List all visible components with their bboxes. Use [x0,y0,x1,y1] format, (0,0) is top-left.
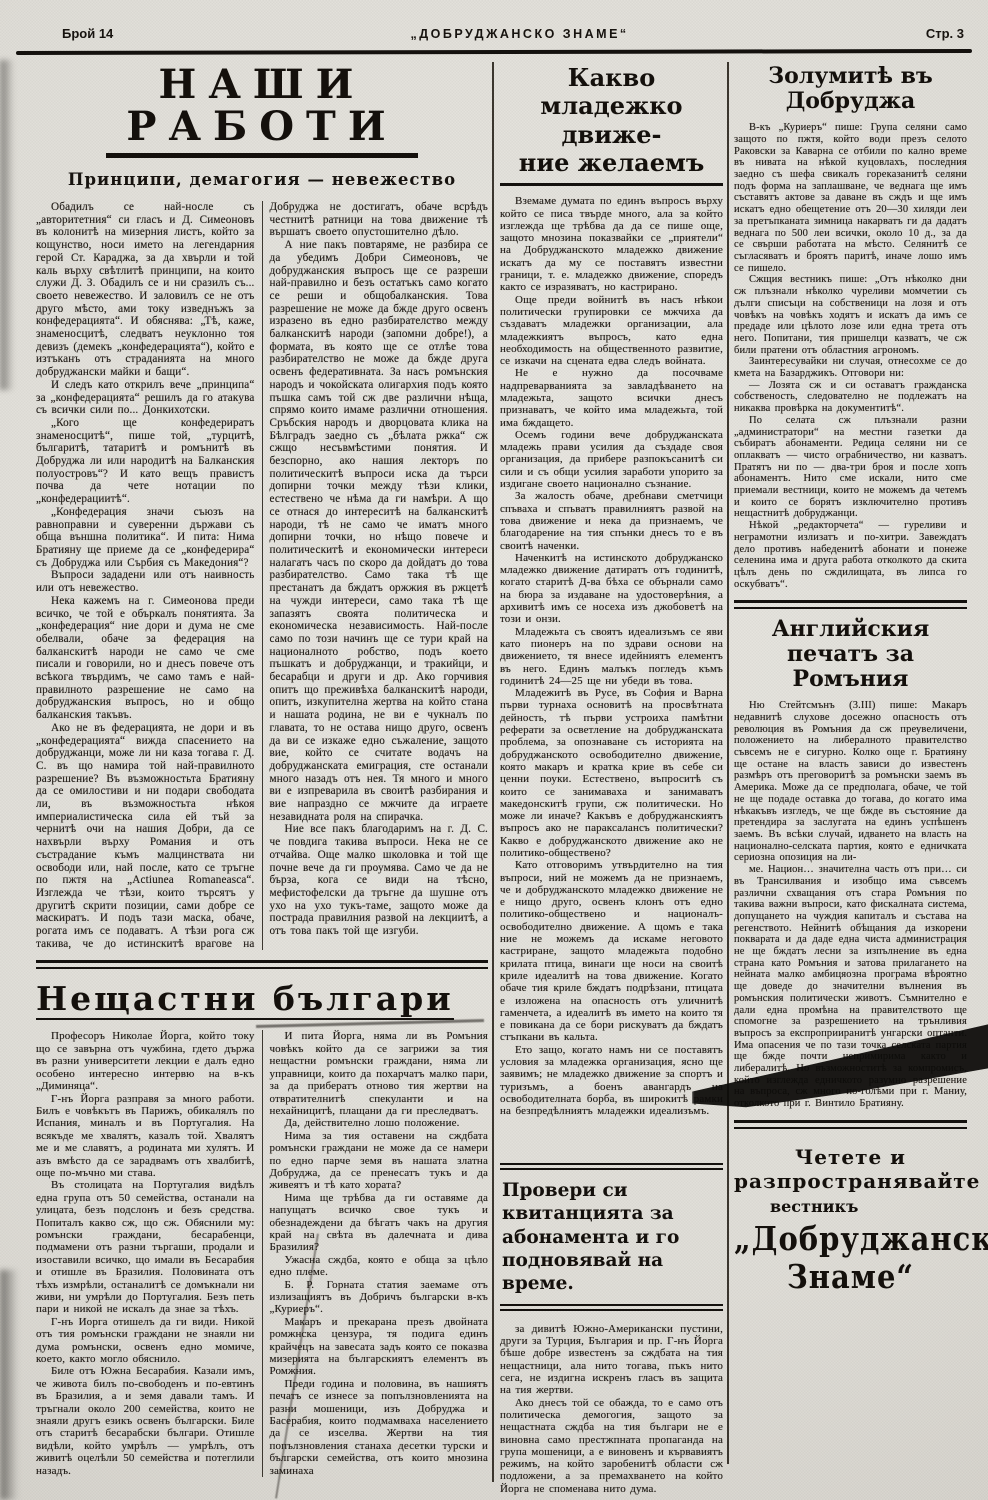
right-column: Золумитѣ въ Добруджа В-къ „Куриеръ“ пише… [734,64,967,1292]
paragraph: Ето защо, когато намъ ни се поставятъ ус… [500,1044,723,1118]
headline-rule [500,183,723,186]
paragraph: Нѣкой „редакторчета“ — гуреливи и неграм… [734,520,967,590]
paragraph: Въпроси зададени или отъ наивность или о… [36,569,255,594]
article-title-nashi-raboti: НАШИ РАБОТИ [36,64,488,148]
issue-number: Брой 14 [62,26,113,41]
paragraph: Ню Стейтсмънъ (3.III) пише: Макаръ недав… [734,700,967,864]
article-title-angliyskia: Английския печатъ за Ромъния [734,617,967,691]
paragraph: Наченкитѣ на истинското добруджанско мла… [500,552,723,626]
paragraph: Въ столицата на Португалия видѣлъ една г… [36,1179,255,1315]
paragraph: Б. Р. Горната статия заемаме отъ излизащ… [270,1279,489,1316]
paragraph: Ако днесъ той се обажда, то е само отъ п… [500,1397,723,1495]
paragraph: Нека кажемъ на г. Симеонова преди всичко… [36,595,255,722]
section-divider [734,600,967,609]
masthead: Брой 14 „ДОБРУДЖАНСКО ЗНАМЕ“ Стр. 3 [62,26,964,41]
paragraph: „Кого ще конфедериратъ знаменосцитѣ“, пи… [36,417,255,506]
paragraph: Осемъ години вече добруджанската младежь… [500,429,723,490]
section-divider [36,960,488,969]
paragraph: И пита Йорга, няма ли въ Ромъния човѣкъ … [270,1030,489,1117]
paragraph: Преди година и половина, въ нашиятъ печа… [270,1378,489,1477]
article-body-zolumite: В-къ „Куриеръ“ пише: Група селяни само з… [734,122,967,590]
article-title-neshtastni: Нещастни българи [36,979,454,1020]
article-body-neshtastni: Професоръ Николае Йорга, който току що с… [36,1030,488,1477]
paragraph: Не е нужно да посочваме надпреварванията… [500,367,723,428]
paragraph: Г-нъ Иорга отишелъ да ги види. Никой отъ… [36,1316,255,1366]
paragraph: Биле отъ Южна Бесарабия. Казали имъ, че … [36,1365,255,1477]
paragraph: Нима ще трѣбва да ги оставяме да напущат… [270,1192,489,1254]
article-continuation-neshtastni: за дивитѣ Южно-Американски пустини, друг… [500,1323,723,1495]
article-title-zolumite: Золумитѣ въ Добруджа [734,64,967,113]
middle-column: Какво младежко движе- ние желаемъ Вземам… [500,64,723,1495]
column-divider [727,62,729,1464]
paragraph: Обадилъ се най-носле съ „авторитетния“ с… [36,201,255,379]
paragraph: за дивитѣ Южно-Американски пустини, друг… [500,1323,723,1397]
promo-newspaper-name: „Добруджанско Знаме“ [734,1220,967,1296]
promo-line-2: вестникъ [734,1197,967,1216]
paragraph: Професоръ Николае Йорга, който току що с… [36,1030,255,1092]
newspaper-page: Брой 14 „ДОБРУДЖАНСКО ЗНАМЕ“ Стр. 3 НАШИ… [0,0,988,1500]
promo-read-newspaper: Четете и разпространявайте вестникъ „Доб… [734,1145,967,1292]
promo-line-1: Четете и разпространявайте [734,1145,967,1193]
paragraph: Младежитѣ въ Русе, въ София и Варна първ… [500,687,723,859]
paragraph: Сжщия вестникъ пише: „Отъ нѣколко дни сж… [734,274,967,356]
column-divider [492,62,494,1482]
paragraph: Вземаме думата по единъ въпросъ върху ко… [500,195,723,293]
paragraph: За жалость обаче, дребнави сметчици спъв… [500,490,723,551]
paragraph: Младежьта съ своятъ идеализъмъ се яви ка… [500,626,723,687]
paragraph: Ние все пакъ благодаримъ на г. Д. С. че … [270,823,489,937]
paragraph: Г-нъ Йорга разправя за много работи. Бил… [36,1093,255,1180]
paragraph: Още преди войнитѣ въ насъ нѣкои политиче… [500,294,723,368]
paragraph: А ние пакъ повтаряме, не разбира се да у… [270,239,489,823]
newspaper-title: „ДОБРУДЖАНСКО ЗНАМЕ“ [410,27,628,41]
article-subtitle: Принципи, демагогия — невежество [36,170,488,189]
scan-edge-streak [0,1270,18,1500]
subscription-notice-text: Провери си квитанцията за абонамента и г… [502,1179,721,1295]
article-body-mladezhko: Вземаме думата по единъ въпросъ върху ко… [500,195,723,1147]
left-column-group: НАШИ РАБОТИ Принципи, демагогия — невеже… [36,64,488,1477]
paragraph: Като отговоримъ утвърдително на тия въпр… [500,859,723,1043]
title-underline [106,153,418,158]
paragraph: И следъ като открилъ вече „принципа“ за … [36,379,255,417]
paragraph: Нима за тия оставени на сждбата ромънски… [270,1130,489,1192]
paragraph: Ужасна сждба, която е обща за цѣло едно … [270,1254,489,1279]
masthead-rule [16,49,972,55]
scan-edge-streak [0,60,14,390]
paragraph: В-къ „Куриеръ“ пише: Група селяни само з… [734,122,967,274]
article-title-mladezhko: Какво младежко движе- ние желаемъ [500,64,723,177]
paragraph: „Конфедерация значи съюзъ на равноправни… [36,506,255,570]
paragraph: По селата сж плъзнали разни „администрат… [734,415,967,520]
page-number: Стр. 3 [926,26,964,41]
subscription-notice-box: Провери си квитанцията за абонамента и г… [500,1163,723,1311]
paragraph: Да, действително лошо положение. [270,1117,489,1129]
section-divider [734,1120,967,1129]
paragraph: Заинтересувайки ни случая, отнесохме се … [734,356,967,379]
paragraph: — Лозята сж и си оставатъ гражданска соб… [734,380,967,415]
article-body-nashi-raboti: Обадилъ се най-носле съ „авторитетния“ с… [36,201,488,950]
